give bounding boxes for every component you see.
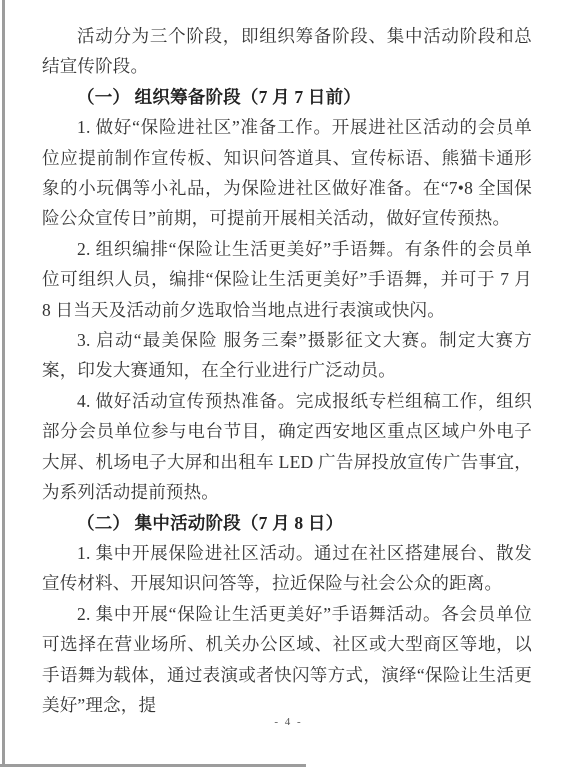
scanned-document-page: 活动分为三个阶段，即组织筹备阶段、集中活动阶段和总结宣传阶段。 （一） 组织筹备… [0,0,577,767]
paragraph-stage1-item1: 1. 做好“保险进社区”准备工作。开展进社区活动的会员单位应提前制作宣传板、知识… [42,112,532,234]
paragraph-stage1-item4: 4. 做好活动宣传预热准备。完成报纸专栏组稿工作，组织部分会员单位参与电台节目，… [42,386,532,508]
paragraph-stage2-item2: 2. 集中开展“保险让生活更美好”手语舞活动。各会员单位可选择在营业场所、机关办… [42,599,532,721]
paragraph-stage1-item2: 2. 组织编排“保险让生活更美好”手语舞。有条件的会员单位可组织人员，编排“保险… [42,234,532,325]
heading-stage-2: （二） 集中活动阶段（7 月 8 日） [42,508,532,538]
page-number: - 4 - [0,716,577,728]
paragraph-stage1-item3: 3. 启动“最美保险 服务三秦”摄影征文大赛。制定大赛方案，印发大赛通知，在全行… [42,325,532,386]
document-body: 活动分为三个阶段，即组织筹备阶段、集中活动阶段和总结宣传阶段。 （一） 组织筹备… [42,21,532,720]
paragraph-stage-overview: 活动分为三个阶段，即组织筹备阶段、集中活动阶段和总结宣传阶段。 [42,21,532,82]
paragraph-stage2-item1: 1. 集中开展保险进社区活动。通过在社区搭建展台、散发宣传材料、开展知识问答等，… [42,538,532,599]
heading-stage-1: （一） 组织筹备阶段（7 月 7 日前） [42,82,532,112]
scan-border-left [2,0,5,767]
